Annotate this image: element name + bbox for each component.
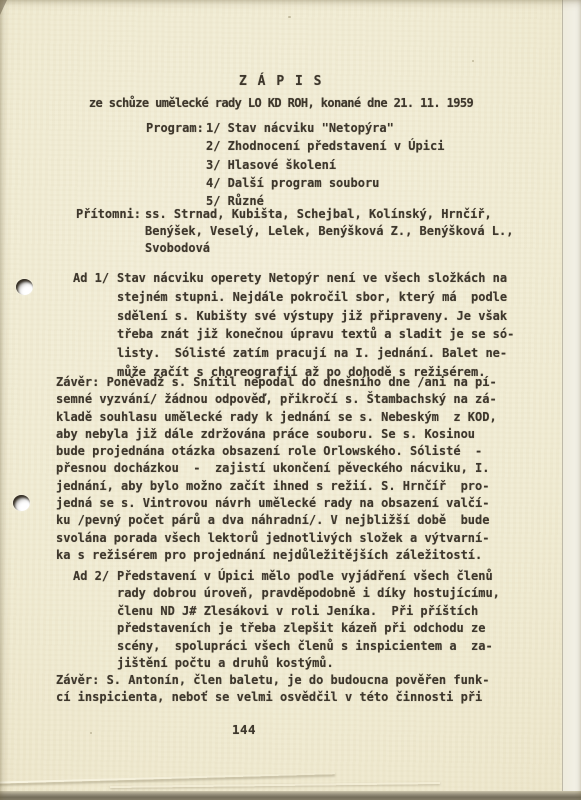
document-subtitle: ze schůze umělecké rady LO KD ROH, konan… [0,96,562,110]
paper-corner-mark [0,0,7,15]
text-line: členu ND J# Zlesákovi v roli Jeníka. Při… [117,603,500,620]
text-line: svolána porada všech lektorů jednotlivýc… [56,530,497,547]
text-line: Závěr: S. Antonín, člen baletu, je do bu… [56,672,489,689]
punch-hole-top [16,279,33,295]
text-line: jednání, aby bylo možno začít ihned s re… [56,478,497,495]
punch-hole-bottom [13,495,30,511]
text-line: cí inspicienta, neboť se velmi osvědčil … [56,689,489,706]
program-item: 4/ Další program souboru [206,174,444,192]
zaver2-paragraph: Závěr: S. Antonín, člen baletu, je do bu… [56,672,489,707]
attendees-line: ss. Strnad, Kubišta, Schejbal, Kolínský,… [145,206,513,223]
paper-crease [0,772,335,784]
text-line: kladě souhlasu umělecké rady k jednání s… [56,409,497,426]
ad2-label: Ad 2/ [73,568,109,585]
text-line: aby nebyla již dále zdržována práce soub… [56,426,497,443]
attendees-line: Svobodová [145,240,513,257]
text-line: listy. Sólisté zatím pracují na I. jedná… [117,344,514,363]
paper-speck [288,16,291,18]
text-line: bude projednána otázka obsazení role Orl… [56,443,497,460]
text-line: scény, spolupráci všech členů s inspicie… [117,638,500,655]
document-title: Z Á P I S [0,74,562,89]
scanned-page: Z Á P I S ze schůze umělecké rady LO KD … [0,0,581,800]
text-line: rady dobrou úroveň, pravděpodobně i díky… [117,585,500,602]
program-item: 2/ Zhodnocení představení v Úpici [206,137,444,155]
paper-speck [90,732,92,734]
ad2-paragraph: Představení v Úpici mělo podle vyjádření… [117,568,500,672]
text-line: představeních je třeba zlepšit kázeň při… [117,620,500,637]
text-line: Stav nácviku operety Netopýr není ve vše… [117,269,514,288]
text-line: jedná se s. Vintrovou návrh umělecké rad… [56,495,497,512]
program-label: Program: [146,119,204,137]
text-line: sdělení s. Kubišty své výstupy již připr… [117,307,514,326]
attendees-list: ss. Strnad, Kubišta, Schejbal, Kolínský,… [145,206,513,257]
attendees-label: Přítomni: [76,206,141,223]
attendees-line: Benýšek, Veselý, Lelek, Benýšková Z., Be… [145,223,513,240]
page-number: 144 [232,722,256,737]
paper-crease [110,782,440,788]
text-line: stejném stupni. Nejdále pokročil sbor, k… [117,288,514,307]
ad1-paragraph: Stav nácviku operety Netopýr není ve vše… [117,269,514,382]
text-line: přesnou docházkou - zajistí ukončení pěv… [56,460,497,477]
paper-speck [472,60,474,62]
text-line: Představení v Úpici mělo podle vyjádření… [117,568,500,585]
paper-sheet: Z Á P I S ze schůze umělecké rady LO KD … [0,0,581,800]
text-line: Závěr: Poněvadž s. Snítil nepodal do dne… [56,374,497,391]
program-item: 3/ Hlasové školení [206,156,444,174]
text-line: ku /pevný počet párů a dva náhradní/. V … [56,512,497,529]
zaver1-paragraph: Závěr: Poněvadž s. Snítil nepodal do dne… [56,374,497,564]
program-list: 1/ Stav nácviku "Netopýra" 2/ Zhodnocení… [206,119,444,210]
paper-bottom-edge [0,791,581,800]
text-line: semné vyzvání/ žádnou odpověď, přikročí … [56,391,497,408]
text-line: jištění počtu a druhů kostýmů. [117,655,500,672]
paper-right-edge [562,0,581,800]
text-line: třeba znát již konečnou úpravu textů a s… [117,325,514,344]
program-item: 1/ Stav nácviku "Netopýra" [206,119,444,137]
ad1-label: Ad 1/ [73,269,109,288]
text-line: ka s režisérem pro projednání nejdůležit… [56,547,497,564]
